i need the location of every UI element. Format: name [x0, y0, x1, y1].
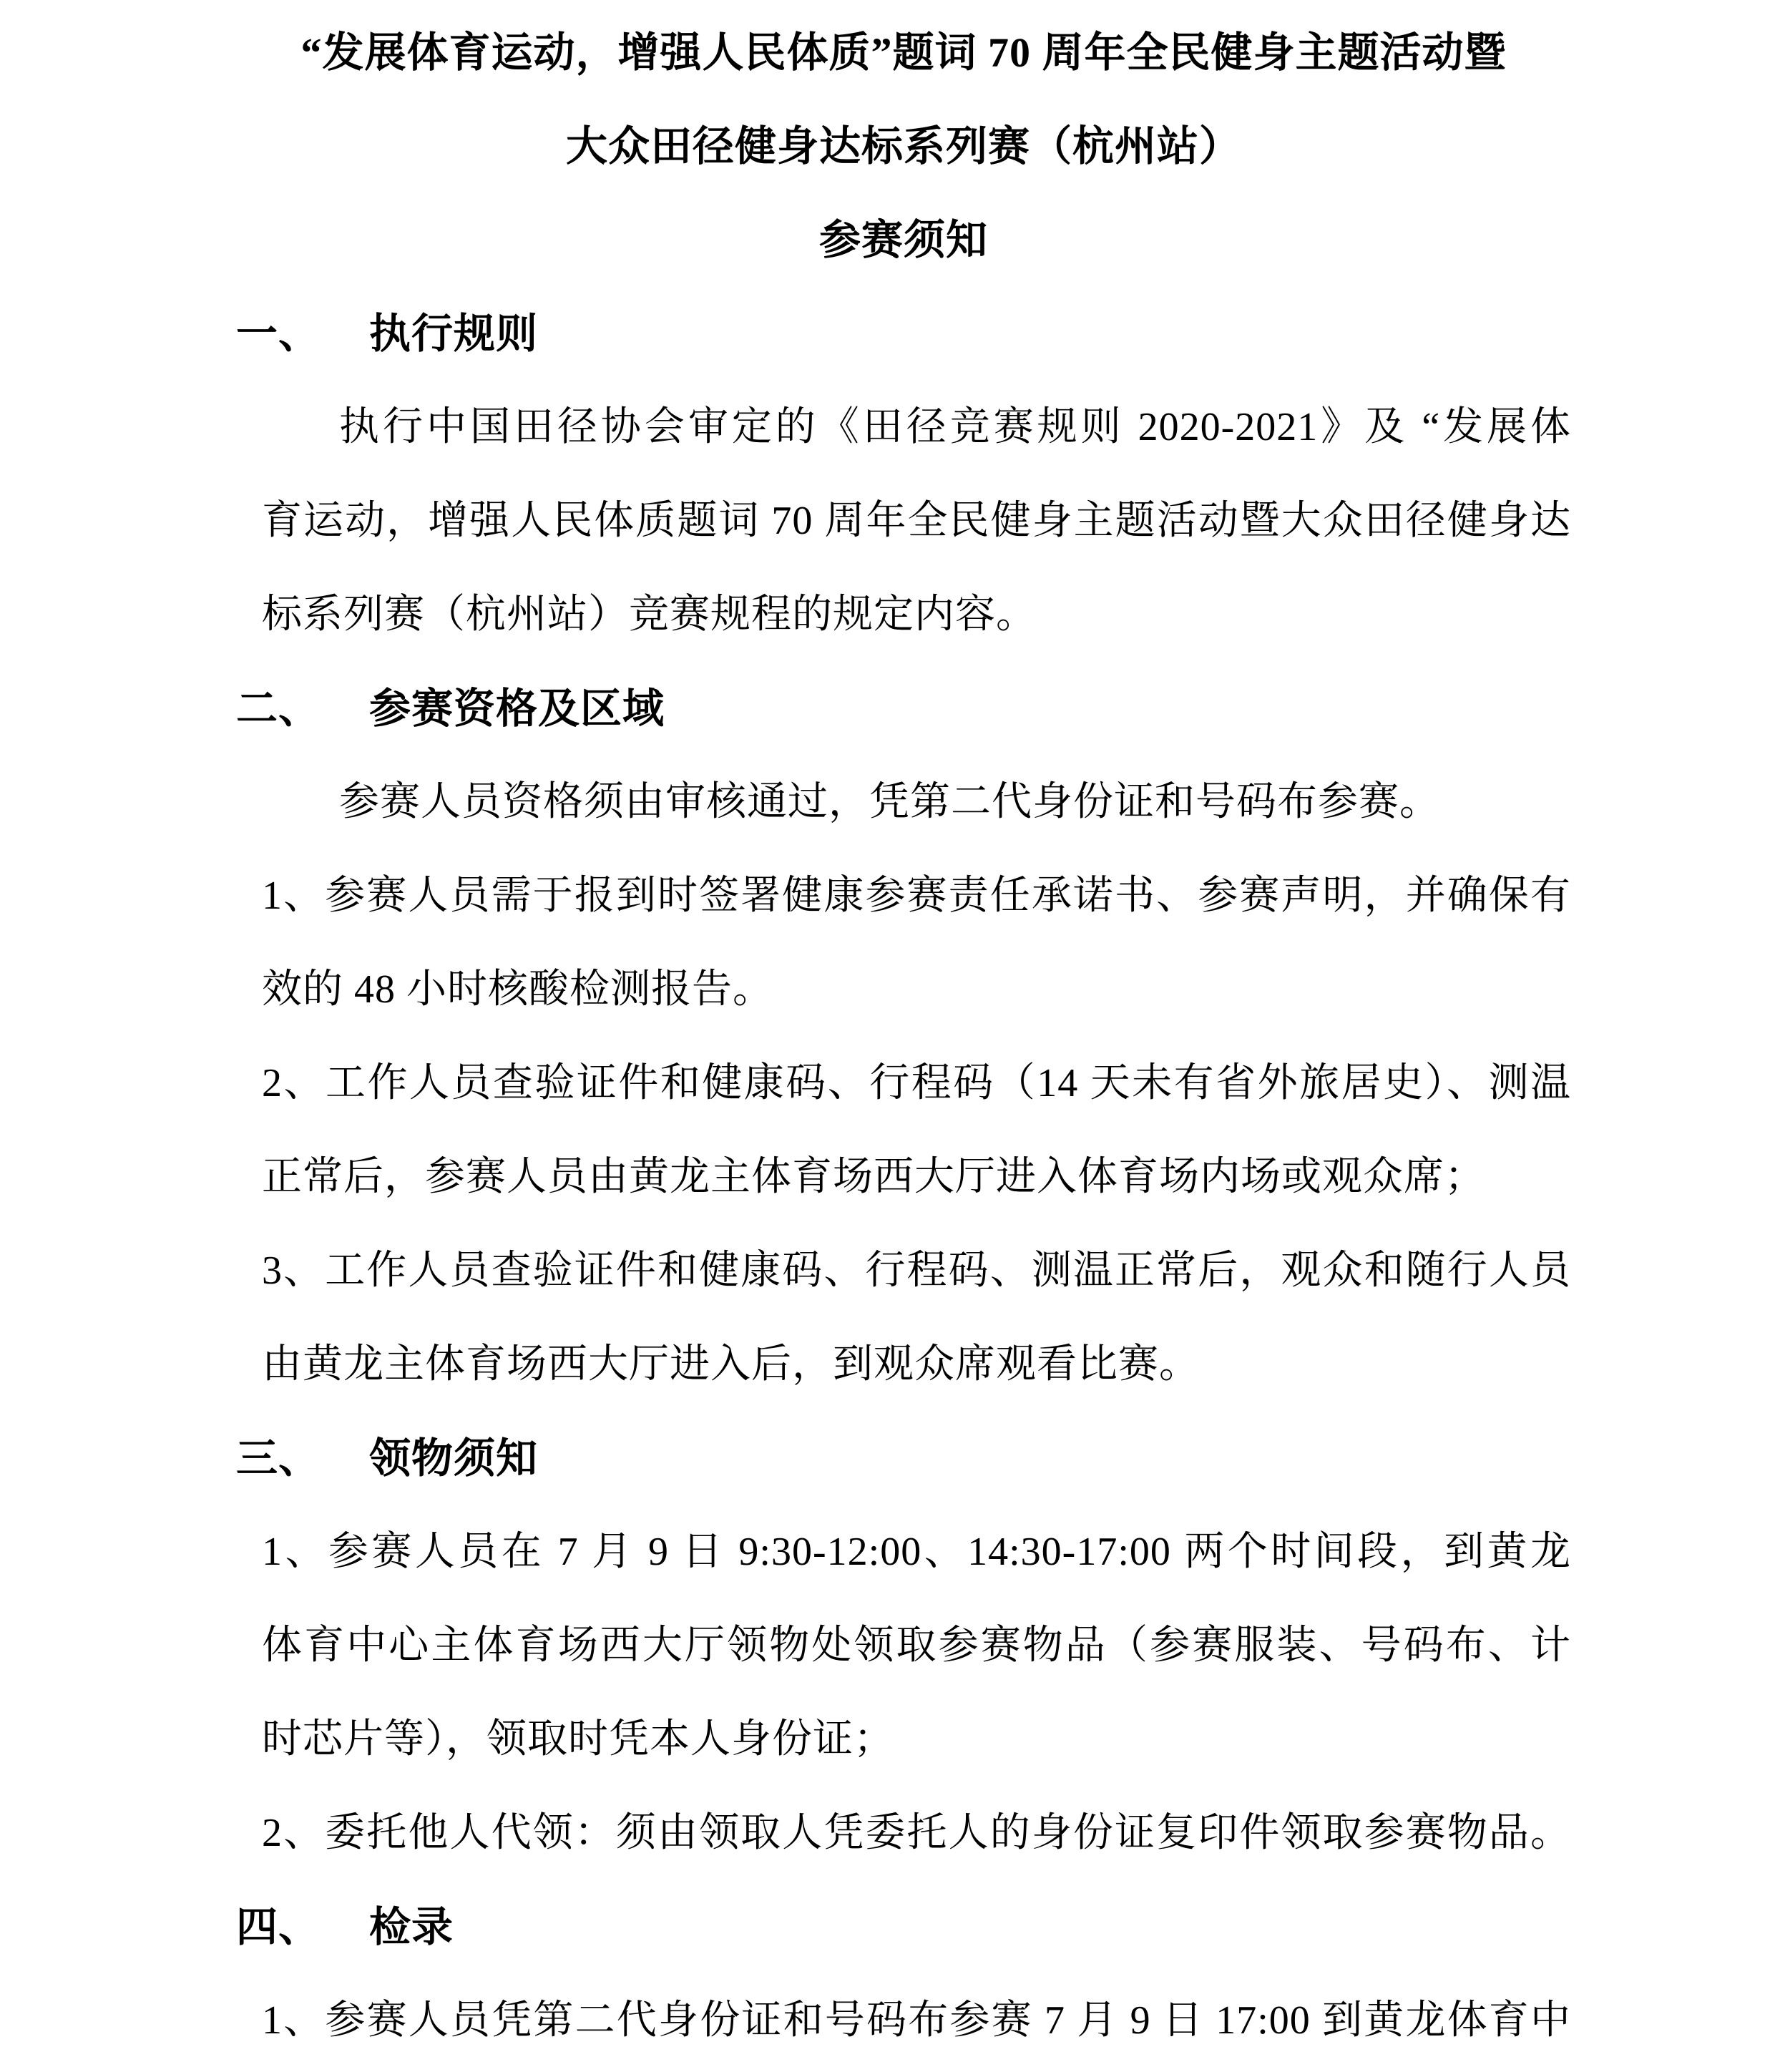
section-3-heading-row: 三、领物须知 — [236, 1412, 1571, 1505]
title-line-1: “发展体育运动，增强人民体质”题词 70 周年全民健身主题活动暨 — [236, 6, 1571, 99]
section-1-number: 一、 — [236, 287, 369, 381]
paragraph-line: 标系列赛（杭州站）竞赛规程的规定内容。 — [262, 568, 1571, 662]
paragraph-line: 育运动，增强人民体质题词 70 周年全民健身主题活动暨大众田径健身达 — [262, 474, 1571, 568]
list-item-line: 时芯片等），领取时凭本人身份证； — [262, 1693, 1571, 1787]
section-4-heading-row: 四、检录 — [236, 1880, 1571, 1974]
section-3-heading: 领物须知 — [369, 1435, 538, 1482]
title-line-3: 参赛须知 — [236, 193, 1571, 287]
list-item-line: 效的 48 小时核酸检测报告。 — [262, 943, 1571, 1037]
section-4-heading: 检录 — [369, 1904, 454, 1950]
section-2-heading: 参赛资格及区域 — [369, 685, 665, 732]
section-3-number: 三、 — [236, 1412, 369, 1505]
list-item-line: 2、工作人员查验证件和健康码、行程码（14 天未有省外旅居史）、测温 — [262, 1037, 1571, 1130]
document-page: “发展体育运动，增强人民体质”题词 70 周年全民健身主题活动暨 大众田径健身达… — [0, 0, 1775, 2072]
list-item-line: 1、参赛人员在 7 月 9 日 9:30-12:00、14:30-17:00 两… — [262, 1505, 1571, 1599]
section-1-heading-row: 一、执行规则 — [236, 287, 1571, 381]
section-2-number: 二、 — [236, 662, 369, 756]
section-2-heading-row: 二、参赛资格及区域 — [236, 662, 1571, 756]
paragraph-line: 参赛人员资格须由审核通过，凭第二代身份证和号码布参赛。 — [262, 756, 1571, 849]
list-item-line: 由黄龙主体育场西大厅进入后，到观众席观看比赛。 — [262, 1318, 1571, 1412]
section-1-heading: 执行规则 — [369, 311, 538, 357]
list-item-line: 1、参赛人员需于报到时签署健康参赛责任承诺书、参赛声明，并确保有 — [262, 849, 1571, 943]
list-item-line: 3、工作人员查验证件和健康码、行程码、测温正常后，观众和随行人员 — [262, 1224, 1571, 1318]
list-item-line: 体育中心主体育场西大厅领物处领取参赛物品（参赛服装、号码布、计 — [262, 1599, 1571, 1693]
list-item-line: 1、参赛人员凭第二代身份证和号码布参赛 7 月 9 日 17:00 到黄龙体育中 — [262, 1974, 1571, 2068]
list-item-line: 正常后，参赛人员由黄龙主体育场西大厅进入体育场内场或观众席； — [262, 1130, 1571, 1224]
list-item-line: 2、委托他人代领：须由领取人凭委托人的身份证复印件领取参赛物品。 — [262, 1787, 1571, 1880]
paragraph-line: 执行中国田径协会审定的《田径竞赛规则 2020-2021》及 “发展体 — [262, 381, 1571, 474]
title-line-2: 大众田径健身达标系列赛（杭州站） — [236, 99, 1571, 193]
section-4-number: 四、 — [236, 1880, 369, 1974]
